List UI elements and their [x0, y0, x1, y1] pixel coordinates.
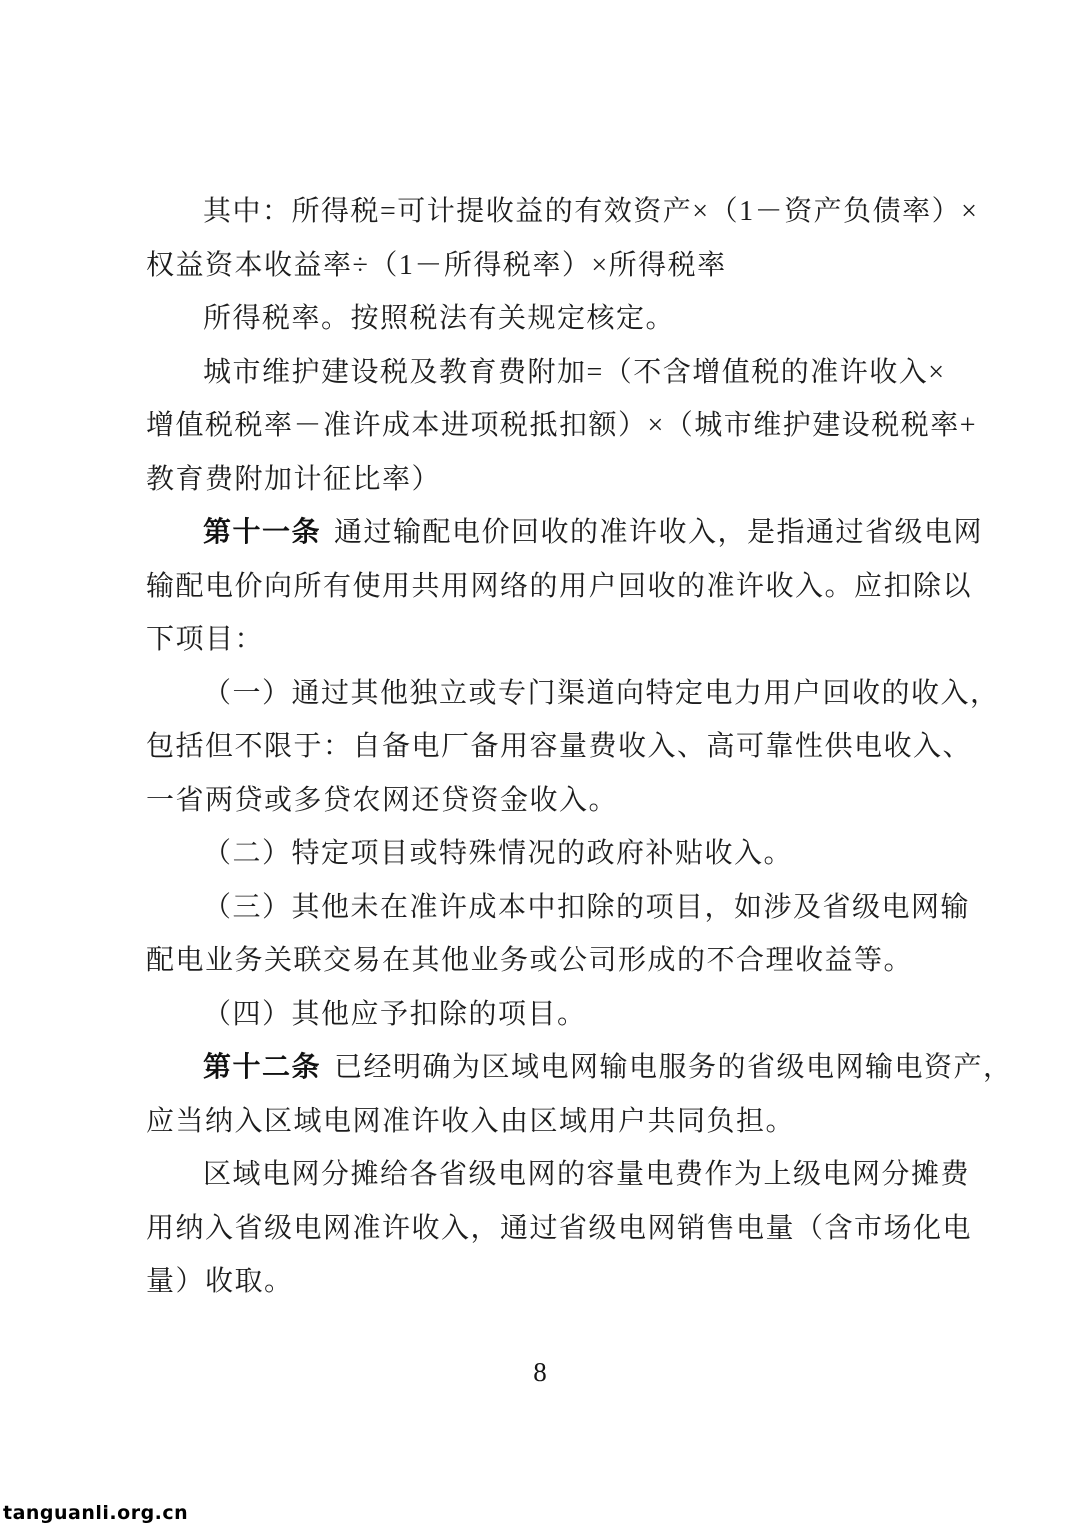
page-number: 8 [0, 1357, 1080, 1388]
text-line: 第十一条通过输配电价回收的准许收入，是指通过省级电网 [146, 506, 938, 560]
text-line: 用纳入省级电网准许收入，通过省级电网销售电量（含市场化电 [146, 1202, 938, 1256]
line-text: 其中：所得税=可计提收益的有效资产×（1－资产负债率）× [203, 196, 978, 227]
line-text: 一省两贷或多贷农网还贷资金收入。 [146, 785, 618, 816]
text-line: 权益资本收益率÷（1－所得税率）×所得税率 [146, 239, 938, 293]
line-text: 教育费附加计征比率） [146, 464, 441, 495]
line-text: 城市维护建设税及教育费附加=（不含增值税的准许收入× [203, 357, 946, 388]
line-text: （三）其他未在准许成本中扣除的项目，如涉及省级电网输 [203, 892, 970, 923]
text-line: 配电业务关联交易在其他业务或公司形成的不合理收益等。 [146, 934, 938, 988]
line-text: （四）其他应予扣除的项目。 [203, 999, 587, 1030]
line-text: 应当纳入区域电网准许收入由区域用户共同负担。 [146, 1106, 795, 1137]
text-line: 输配电价向所有使用共用网络的用户回收的准许收入。应扣除以 [146, 560, 938, 614]
text-line: 区域电网分摊给各省级电网的容量电费作为上级电网分摊费 [146, 1148, 938, 1202]
watermark-url-text: tanguanli.org.cn [3, 1502, 188, 1524]
text-line: （二）特定项目或特殊情况的政府补贴收入。 [146, 827, 938, 881]
line-text: （二）特定项目或特殊情况的政府补贴收入。 [203, 838, 793, 869]
text-line: （一）通过其他独立或专门渠道向特定电力用户回收的收入， [146, 667, 938, 721]
text-line: 应当纳入区域电网准许收入由区域用户共同负担。 [146, 1095, 938, 1149]
article-number: 第十一条 [203, 517, 321, 548]
line-text: 输配电价向所有使用共用网络的用户回收的准许收入。应扣除以 [146, 571, 972, 602]
line-text: 用纳入省级电网准许收入，通过省级电网销售电量（含市场化电 [146, 1213, 972, 1244]
text-line: （四）其他应予扣除的项目。 [146, 988, 938, 1042]
text-line: 量）收取。 [146, 1255, 938, 1309]
line-text: 增值税税率－准许成本进项税抵扣额）×（城市维护建设税税率+ [146, 410, 977, 441]
text-line: 第十二条已经明确为区域电网输电服务的省级电网输电资产， [146, 1041, 938, 1095]
line-text: 已经明确为区域电网输电服务的省级电网输电资产， [334, 1052, 1013, 1083]
line-text: 包括但不限于：自备电厂备用容量费收入、高可靠性供电收入、 [146, 731, 972, 762]
document-body: 其中：所得税=可计提收益的有效资产×（1－资产负债率）×权益资本收益率÷（1－所… [146, 185, 938, 1309]
text-line: 所得税率。按照税法有关规定核定。 [146, 292, 938, 346]
text-line: 下项目： [146, 613, 938, 667]
line-text: 配电业务关联交易在其他业务或公司形成的不合理收益等。 [146, 945, 913, 976]
text-line: 城市维护建设税及教育费附加=（不含增值税的准许收入× [146, 346, 938, 400]
line-text: 区域电网分摊给各省级电网的容量电费作为上级电网分摊费 [203, 1159, 970, 1190]
document-page: 其中：所得税=可计提收益的有效资产×（1－资产负债率）×权益资本收益率÷（1－所… [0, 0, 1080, 1527]
line-text: 量）收取。 [146, 1266, 294, 1297]
text-line: 其中：所得税=可计提收益的有效资产×（1－资产负债率）× [146, 185, 938, 239]
text-line: 增值税税率－准许成本进项税抵扣额）×（城市维护建设税税率+ [146, 399, 938, 453]
line-text: 所得税率。按照税法有关规定核定。 [203, 303, 675, 334]
line-text: （一）通过其他独立或专门渠道向特定电力用户回收的收入， [203, 678, 1000, 709]
text-line: 一省两贷或多贷农网还贷资金收入。 [146, 774, 938, 828]
text-line: 包括但不限于：自备电厂备用容量费收入、高可靠性供电收入、 [146, 720, 938, 774]
text-line: （三）其他未在准许成本中扣除的项目，如涉及省级电网输 [146, 881, 938, 935]
line-text: 下项目： [146, 624, 264, 655]
line-text: 权益资本收益率÷（1－所得税率）×所得税率 [146, 250, 727, 281]
text-line: 教育费附加计征比率） [146, 453, 938, 507]
line-text: 通过输配电价回收的准许收入，是指通过省级电网 [334, 517, 983, 548]
article-number: 第十二条 [203, 1052, 321, 1083]
